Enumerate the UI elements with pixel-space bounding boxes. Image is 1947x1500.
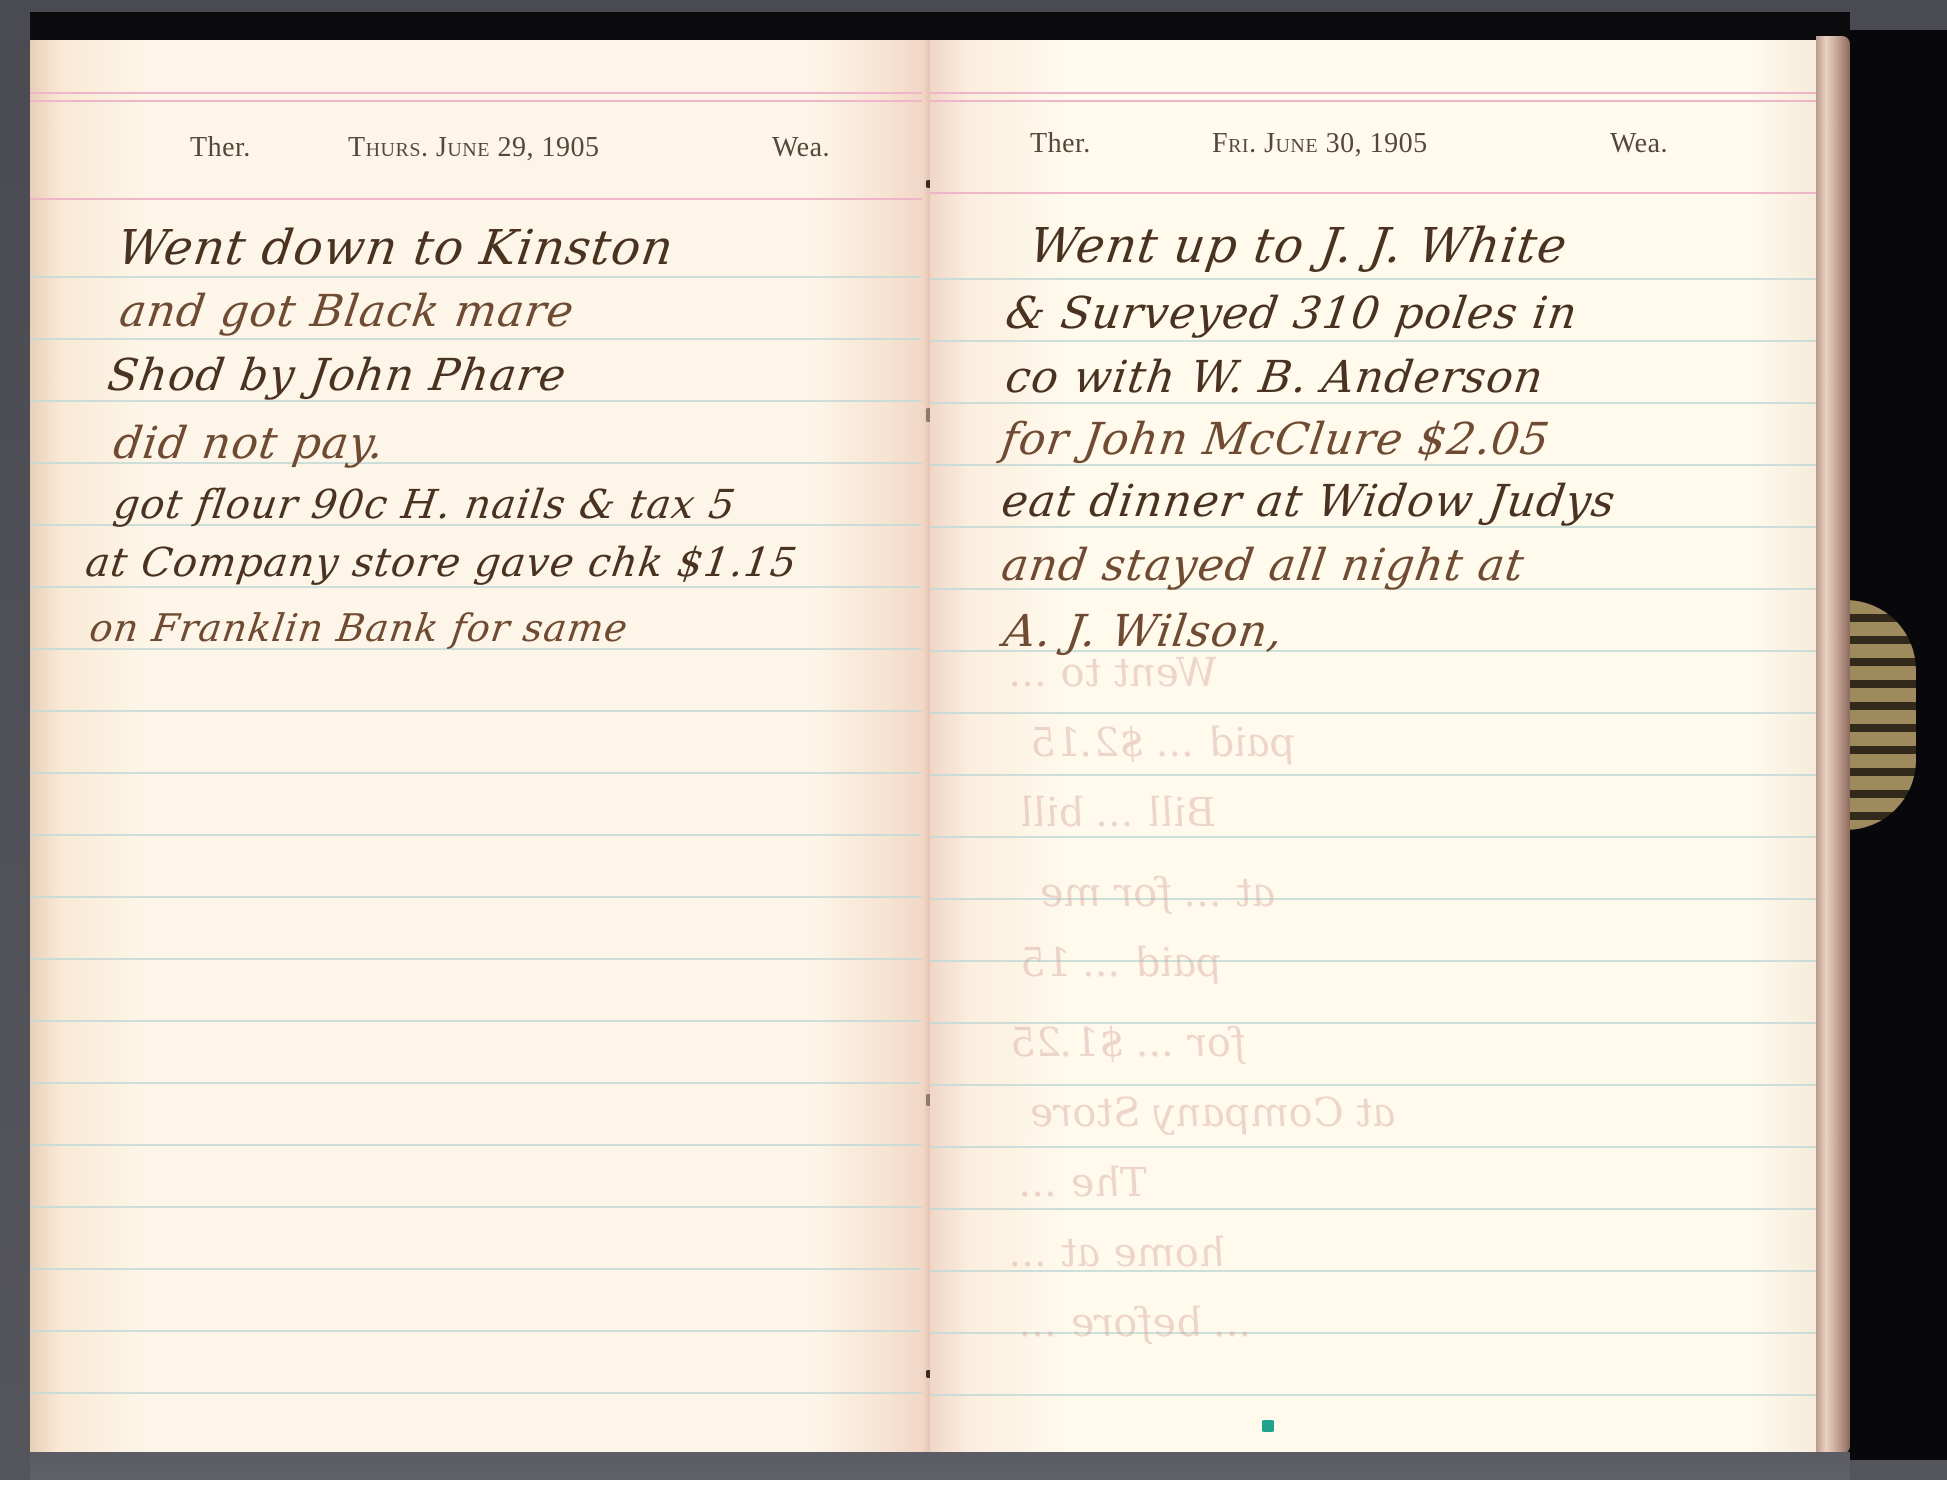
ruled-line	[30, 772, 930, 774]
entry-line: got flour 90c H. nails & tax 5	[111, 482, 739, 528]
thermometer-label: Ther.	[190, 132, 251, 164]
ruled-line	[930, 774, 1816, 776]
ruled-line	[30, 710, 930, 712]
entry-line: Shod by John Phare	[104, 350, 569, 401]
ruled-line	[30, 586, 930, 588]
thermometer-label: Ther.	[1030, 128, 1091, 160]
ruled-line	[930, 1208, 1816, 1210]
ruled-line	[30, 1082, 930, 1084]
entry-line: on Franklin Bank for same	[87, 606, 631, 650]
header-rule-bottom	[30, 198, 930, 200]
header-rule-bottom	[930, 192, 1816, 194]
bleed-through-text: Bill ... bill	[1017, 790, 1219, 836]
bleed-through-text: home at ...	[1007, 1230, 1228, 1276]
ruled-line	[30, 1206, 930, 1208]
brass-clasp-icon	[1846, 600, 1916, 830]
bleed-through-text: ... before ...	[1017, 1300, 1256, 1346]
left-page: Ther. Thurs. June 29, 1905 Wea. Went dow…	[30, 40, 930, 1452]
entry-line: A. J. Wilson,	[1000, 606, 1286, 657]
bleed-through-text: for ... $1.25	[1007, 1020, 1250, 1066]
entry-line: co with W. B. Anderson	[1002, 352, 1547, 403]
bleed-through-text: paid ... 15	[1017, 940, 1226, 986]
ruled-line	[30, 896, 930, 898]
header-rule-top-2	[930, 100, 1816, 102]
page-date: Thurs. June 29, 1905	[348, 132, 599, 164]
ruled-line	[30, 1392, 930, 1394]
page-date: Fri. June 30, 1905	[1212, 128, 1428, 160]
bleed-through-text: at Company Store	[1027, 1090, 1400, 1136]
ruled-line	[30, 1144, 930, 1146]
book-cover-edge	[30, 12, 1850, 42]
entry-line: & Surveyed 310 poles in	[1002, 288, 1580, 339]
bleed-through-text: The ...	[1017, 1160, 1150, 1206]
entry-line: and stayed all night at	[998, 540, 1527, 591]
book-bottom-edge	[30, 1452, 1850, 1480]
ruled-line	[930, 1084, 1816, 1086]
ruled-line	[930, 712, 1816, 714]
ruled-line	[30, 834, 930, 836]
entry-line: did not pay.	[110, 418, 387, 469]
header-rule-top	[930, 92, 1816, 94]
ruled-line	[30, 1330, 930, 1332]
ruled-line	[930, 1394, 1816, 1396]
ruled-line	[930, 836, 1816, 838]
bleed-through-text: paid ... $2.15	[1027, 720, 1299, 766]
entry-line: Went up to J. J. White	[1026, 218, 1571, 274]
bleed-through-text: at ... for me	[1037, 870, 1279, 916]
ruled-line	[30, 1020, 930, 1022]
header-rule-top	[30, 92, 930, 94]
ruled-line	[930, 278, 1816, 280]
ruled-line	[30, 1268, 930, 1270]
entry-line: for John McClure $2.05	[998, 414, 1553, 465]
ruled-line	[930, 340, 1816, 342]
entry-line: eat dinner at Widow Judys	[998, 476, 1618, 527]
entry-line: Went down to Kinston	[114, 220, 677, 276]
header-rule-top-2	[30, 100, 930, 102]
ink-speck	[1262, 1420, 1274, 1432]
ruled-line	[930, 1146, 1816, 1148]
right-page: Ther. Fri. June 30, 1905 Wea. Went to ..…	[930, 40, 1816, 1452]
ruled-line	[30, 958, 930, 960]
page-block-edge	[1816, 36, 1850, 1454]
entry-line: at Company store gave chk $1.15	[83, 540, 801, 586]
ruled-line	[30, 276, 930, 278]
weather-label: Wea.	[772, 132, 830, 164]
ruled-line	[30, 338, 930, 340]
entry-line: and got Black mare	[116, 286, 577, 337]
weather-label: Wea.	[1610, 128, 1668, 160]
